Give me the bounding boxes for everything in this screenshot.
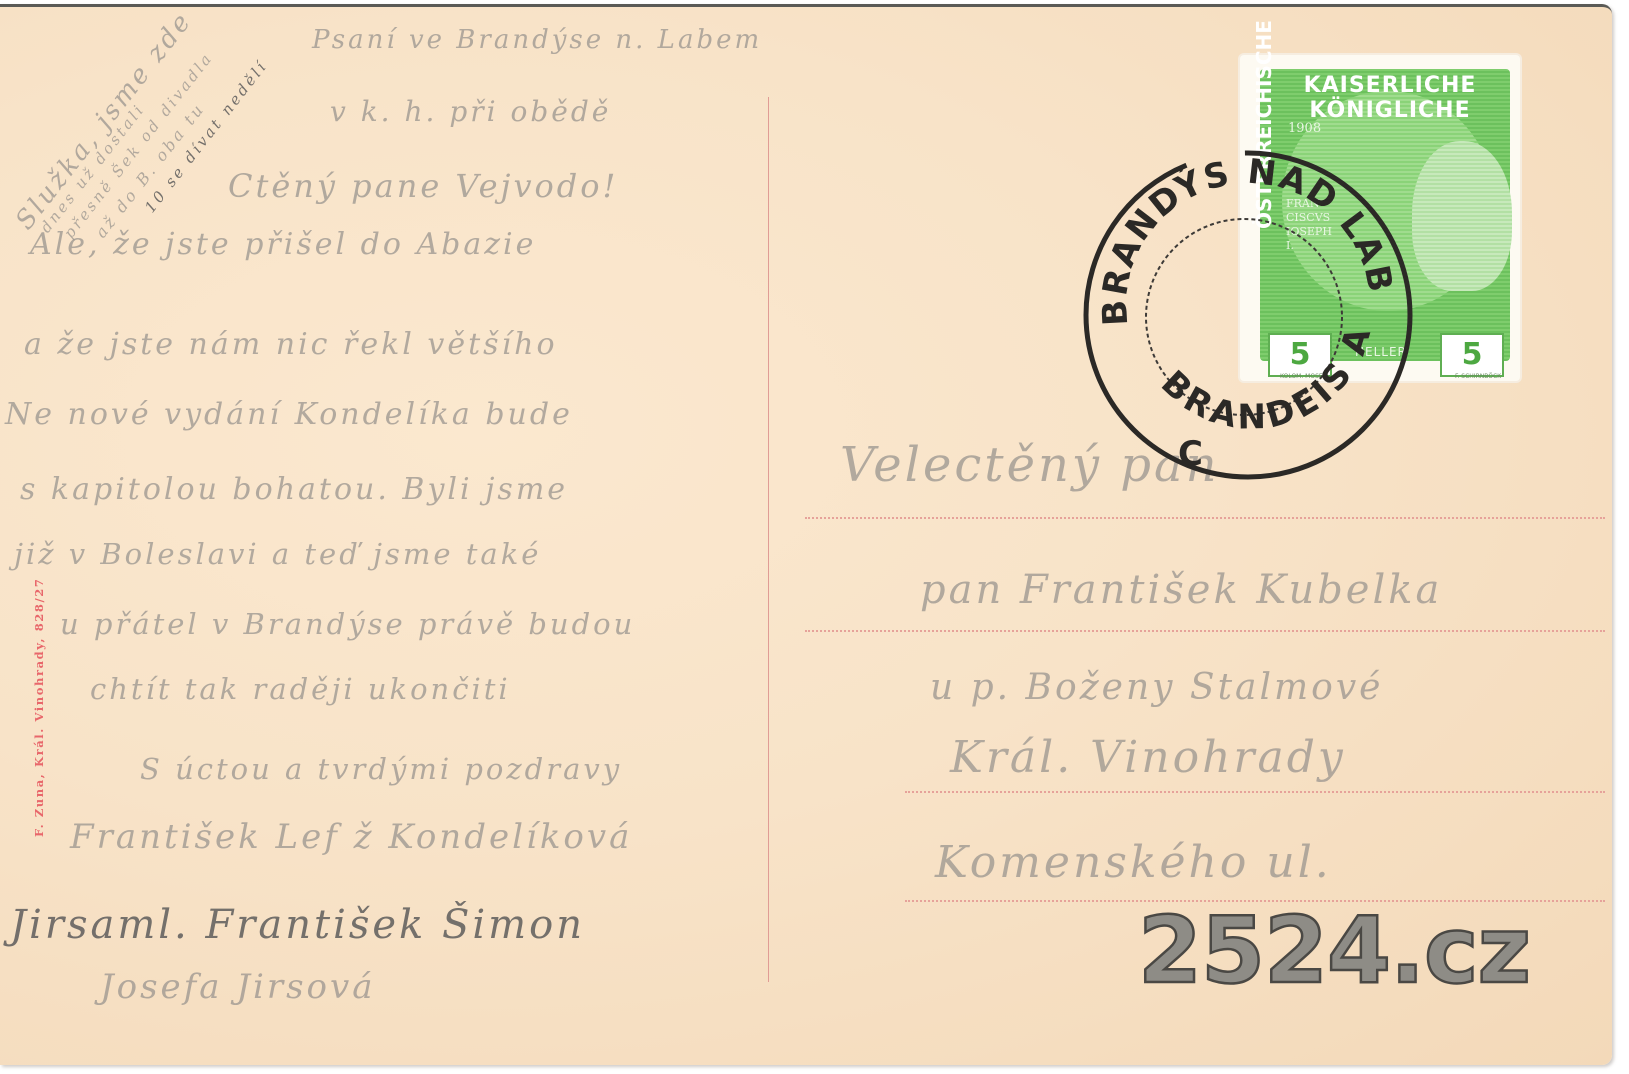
postmark-letter: C — [1178, 434, 1203, 474]
message-line: v k. h. při obědě — [330, 95, 611, 128]
address-line-text: Komenského ul. — [935, 837, 1332, 888]
address-line-text: u p. Boženy Stalmové — [930, 667, 1384, 708]
address-line-text: Král. Vinohrady — [950, 732, 1346, 783]
emperor-portrait-icon — [1412, 141, 1512, 291]
center-divider-line — [768, 97, 769, 982]
postmark-cancel-icon: BRANDÝS NAD LABEM BRANDEIS A ELBE C — [1068, 135, 1418, 485]
watermark: 2524.cz — [1138, 897, 1530, 1004]
message-line: s kapitolou bohatou. Byli jsme — [20, 472, 568, 507]
address-line-2 — [805, 630, 1605, 632]
address-line-1 — [805, 517, 1605, 519]
stamp-top-text: KAISERLICHE KÖNIGLICHE — [1270, 73, 1510, 123]
svg-text:BRANDÝS NAD LABEM: BRANDÝS NAD LABEM — [1068, 135, 1400, 327]
stamp-year: 1908 — [1288, 121, 1321, 136]
stamp-engraver: F. SCHIRNBÖCK — [1455, 373, 1501, 380]
message-line: S úctou a tvrdými pozdravy — [140, 752, 622, 786]
message-line: Psaní ve Brandýse n. Labem — [312, 25, 762, 55]
address-line-text: pan František Kubelka — [920, 567, 1442, 613]
message-line: Ctěný pane Vejvodo! — [228, 167, 618, 205]
postcard: F. Zuna, Král. Vinohrady, 828/27 Služka,… — [0, 4, 1612, 1065]
postmark-top-text: BRANDÝS NAD LABEM — [1068, 135, 1400, 327]
message-line: chtít tak raději ukončiti — [90, 672, 511, 706]
message-line: u přátel v Brandýse právě budou — [60, 607, 635, 641]
message-line: a že jste nám nic řekl většího — [24, 327, 558, 362]
publisher-imprint-text: F. Zuna, Král. Vinohrady, 828/27 — [32, 577, 46, 837]
message-line: Jirsaml. František Šimon — [10, 902, 585, 948]
message-line: Ne nové vydání Kondelíka bude — [5, 397, 573, 432]
message-line: Ale, že jste přišel do Abazie — [30, 227, 536, 262]
stamp-value-right: 5 — [1440, 333, 1504, 377]
message-line: František Lef ž Kondelíková — [70, 817, 632, 857]
address-line-3 — [905, 791, 1605, 793]
message-line: již v Boleslavi a teď jsme také — [14, 537, 541, 571]
message-line: Josefa Jirsová — [100, 967, 375, 1007]
